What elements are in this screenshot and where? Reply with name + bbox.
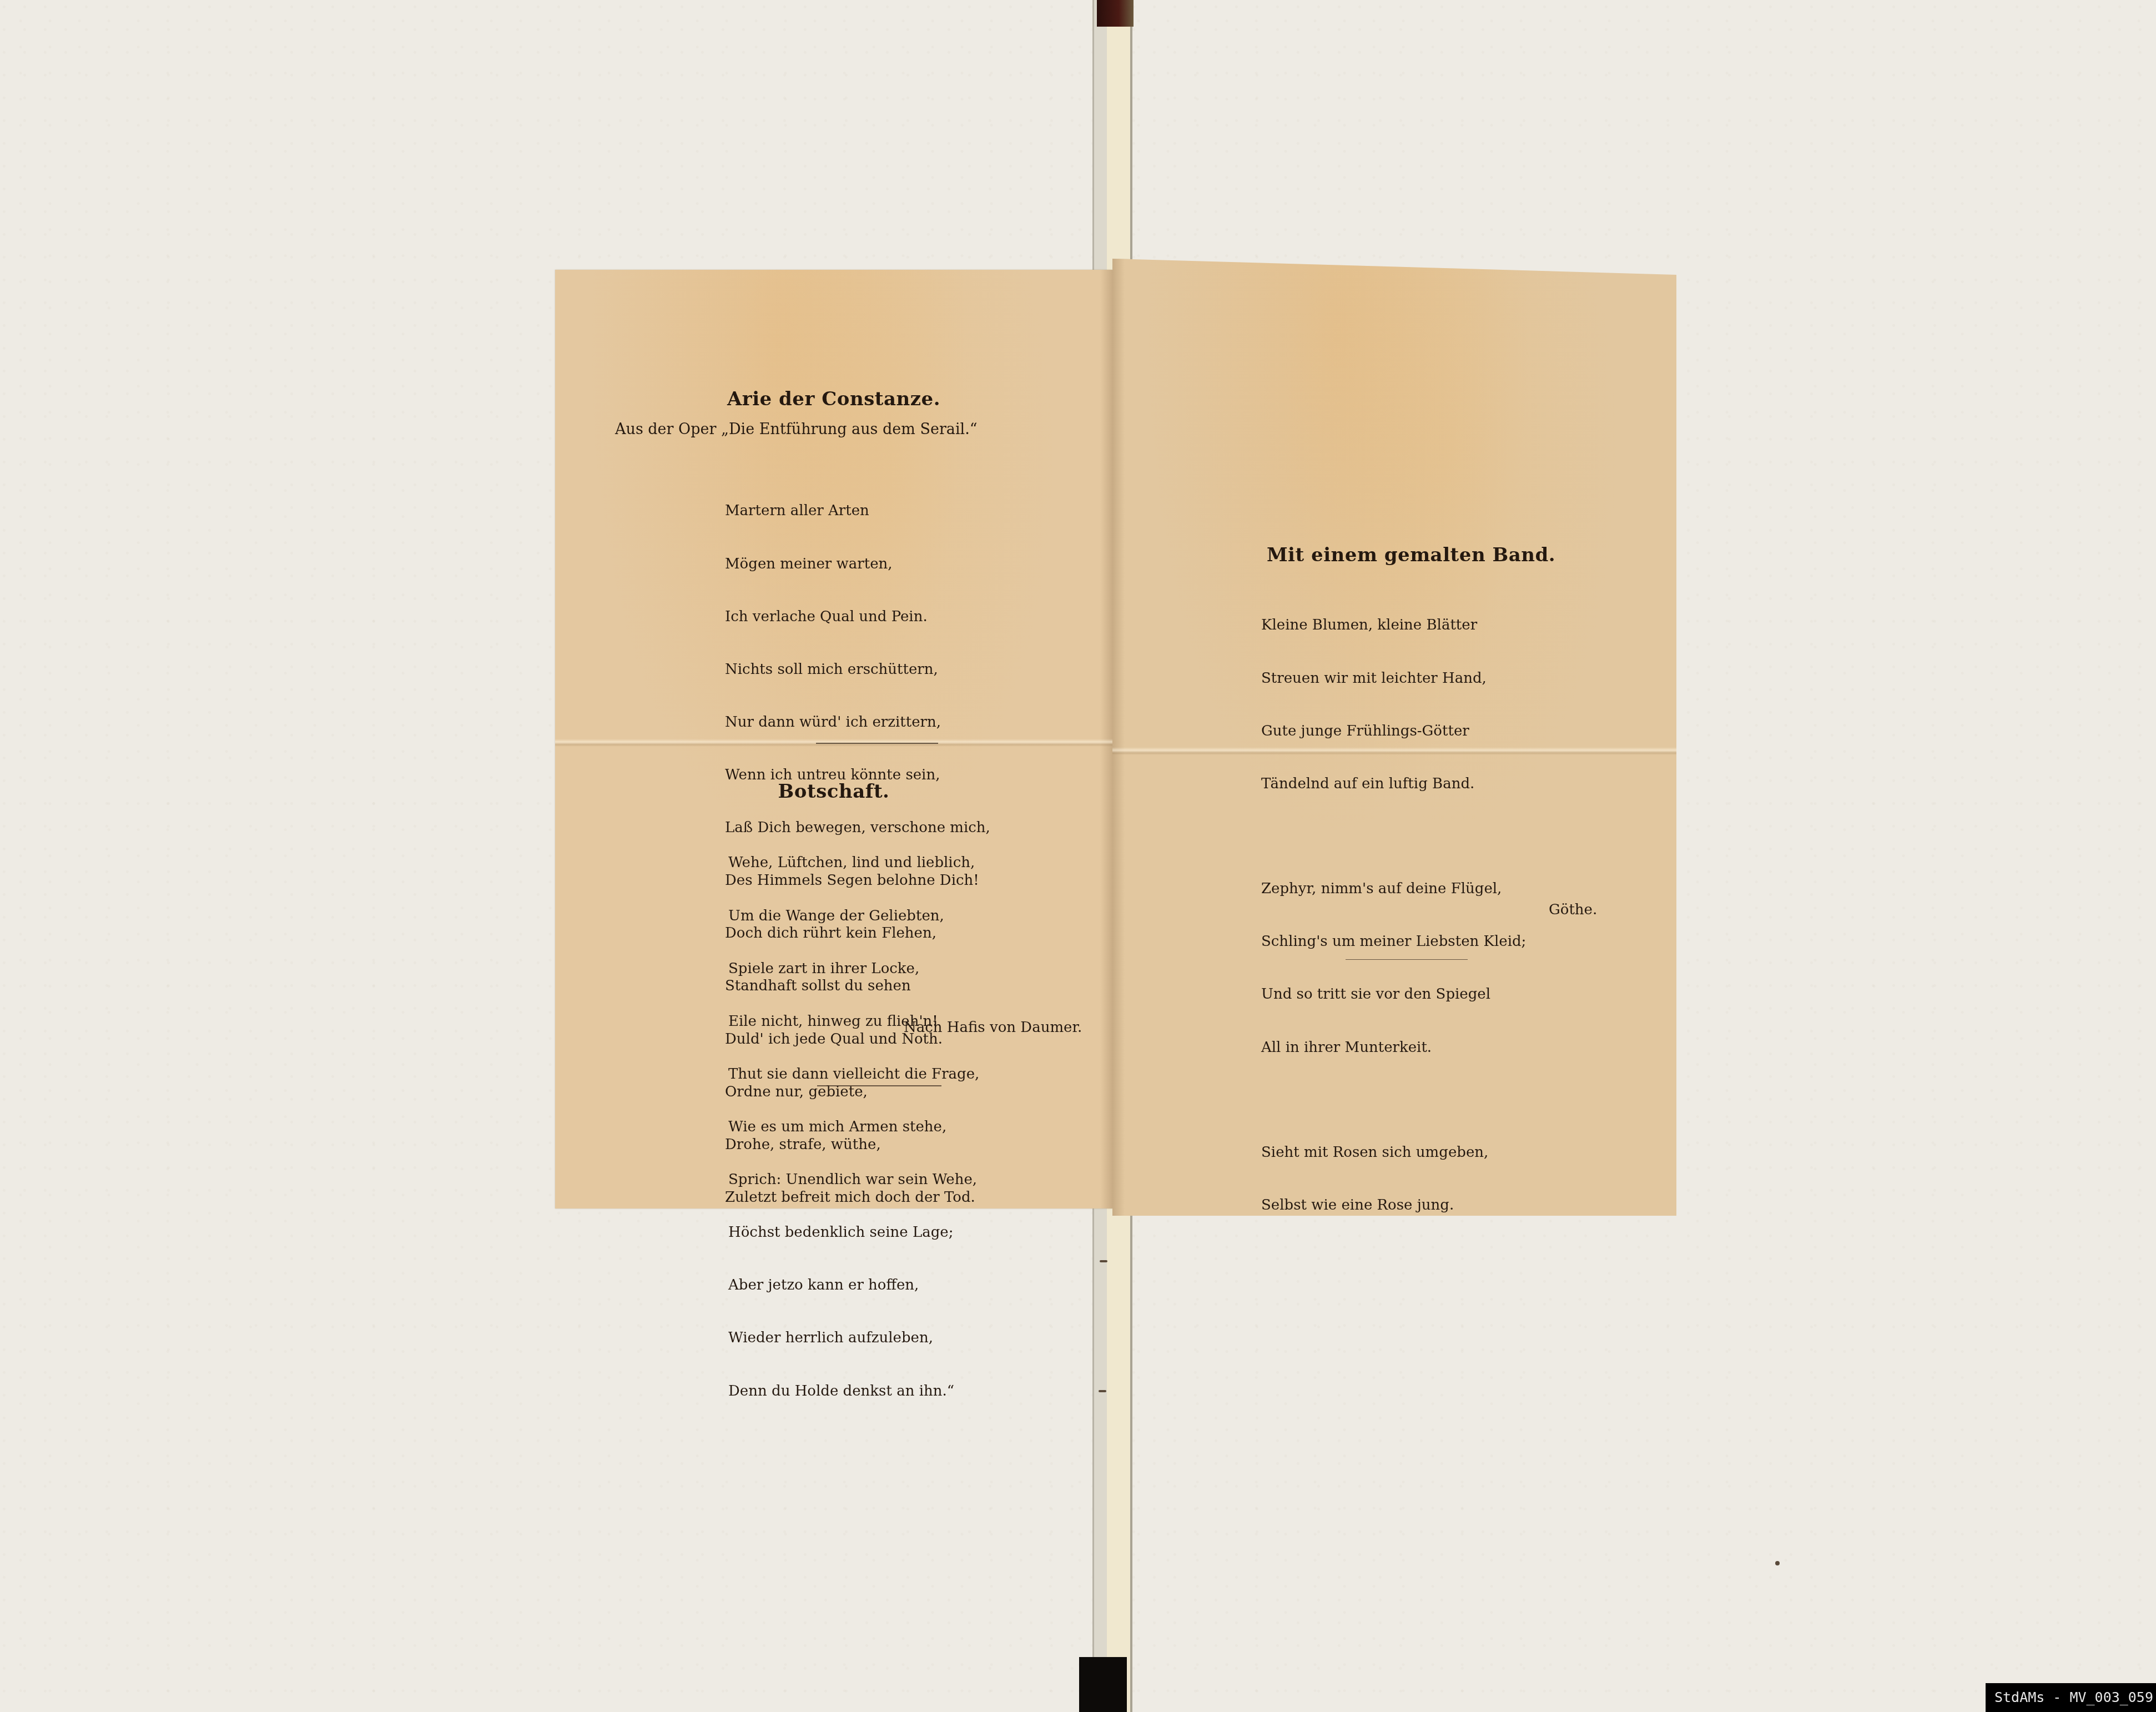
poem-line: Sei kein schwaches Rosenband!: [1261, 1566, 1526, 1584]
stanza-gap: [1261, 1092, 1526, 1109]
poem-subtitle: Aus der Oper „Die Entführung aus dem Ser…: [615, 421, 978, 438]
poem-line: Sprich: Unendlich war sein Wehe,: [728, 1171, 979, 1189]
gutter-shadow: [1112, 259, 1125, 1216]
poem-line: Und so tritt sie vor den Spiegel: [1261, 986, 1526, 1004]
section-divider: [1346, 959, 1468, 960]
spine-cap-bottom: [1079, 1657, 1127, 1712]
archive-label: StdAMs - MV_003_059: [1986, 1683, 2156, 1712]
poem-line: Zephyr, nimm's auf deine Flügel,: [1261, 880, 1526, 898]
poem-line: Und das Band, das uns verbindet,: [1261, 1513, 1526, 1531]
section-divider: [817, 1085, 941, 1086]
poem-attribution: Nach Hafis von Daumer.: [904, 1019, 1082, 1036]
poem-title: Arie der Constanze.: [555, 388, 1112, 410]
right-page: Mit einem gemalten Band. Kleine Blumen, …: [1112, 259, 1676, 1216]
poem-line: Martern aller Arten: [725, 502, 990, 520]
poem-line: Mögen meiner warten,: [725, 556, 990, 573]
paper-speck: [1100, 1260, 1107, 1262]
paper-speck: [1099, 1390, 1106, 1392]
poem-line: Fühle, was dies Herz empfindet,: [1261, 1408, 1526, 1426]
paper-speck: [1775, 1561, 1780, 1565]
spine-cap-top: [1097, 0, 1134, 27]
stanza-gap: [1261, 828, 1526, 845]
poem-line: All in ihrer Munterkeit.: [1261, 1039, 1526, 1057]
poem-line: Sieht mit Rosen sich umgeben,: [1261, 1144, 1526, 1162]
poem-line: Selbst wie eine Rose jung.: [1261, 1197, 1526, 1215]
poem-title: Botschaft.: [555, 781, 1112, 803]
poem-line: Gute junge Frühlings-Götter: [1261, 723, 1526, 741]
poem-line: Höchst bedenklich seine Lage;: [728, 1224, 979, 1242]
poem-title: Mit einem gemalten Band.: [1112, 544, 1676, 566]
poem-line: Streuen wir mit leichter Hand,: [1261, 670, 1526, 688]
poem-attribution: Göthe.: [1549, 902, 1597, 918]
poem-line: Spiele zart in ihrer Locke,: [728, 960, 979, 978]
poem-line: Wieder herrlich aufzuleben,: [728, 1330, 979, 1347]
poem-line: Wehe, Lüftchen, lind und lieblich,: [728, 854, 979, 872]
poem-line: Nichts soll mich erschüttern,: [725, 661, 990, 679]
poem-line: Um die Wange der Geliebten,: [728, 908, 979, 925]
poem-line: Denn du Holde denkst an ihn.“: [728, 1383, 979, 1401]
section-divider: [816, 743, 938, 744]
poem-line: Und ich bin belohnt genug.: [1261, 1302, 1526, 1320]
poem-line: Schling's um meiner Liebsten Kleid;: [1261, 933, 1526, 951]
poem-body: Kleine Blumen, kleine Blätter Streuen wi…: [1261, 582, 1526, 1619]
poem-line: Aber jetzo kann er hoffen,: [728, 1277, 979, 1295]
poem-line: Reiche frei mir deine Hand,: [1261, 1461, 1526, 1478]
poem-line: Wie es um mich Armen stehe,: [728, 1119, 979, 1136]
poem-line: Kleine Blumen, kleine Blätter: [1261, 617, 1526, 635]
poem-line: Tändelnd auf ein luftig Band.: [1261, 776, 1526, 793]
poem-line: Ich verlache Qual und Pein.: [725, 608, 990, 626]
left-page: Arie der Constanze. Aus der Oper „Die En…: [555, 270, 1112, 1209]
poem-line: Einen Blick, geliebtes Leben!: [1261, 1250, 1526, 1267]
poem-line: Nur dann würd' ich erzittern,: [725, 714, 990, 732]
stanza-gap: [1261, 1356, 1526, 1373]
poem-body: Wehe, Lüftchen, lind und lieblich, Um di…: [728, 819, 979, 1436]
poem-line: Thut sie dann vielleicht die Frage,: [728, 1066, 979, 1084]
